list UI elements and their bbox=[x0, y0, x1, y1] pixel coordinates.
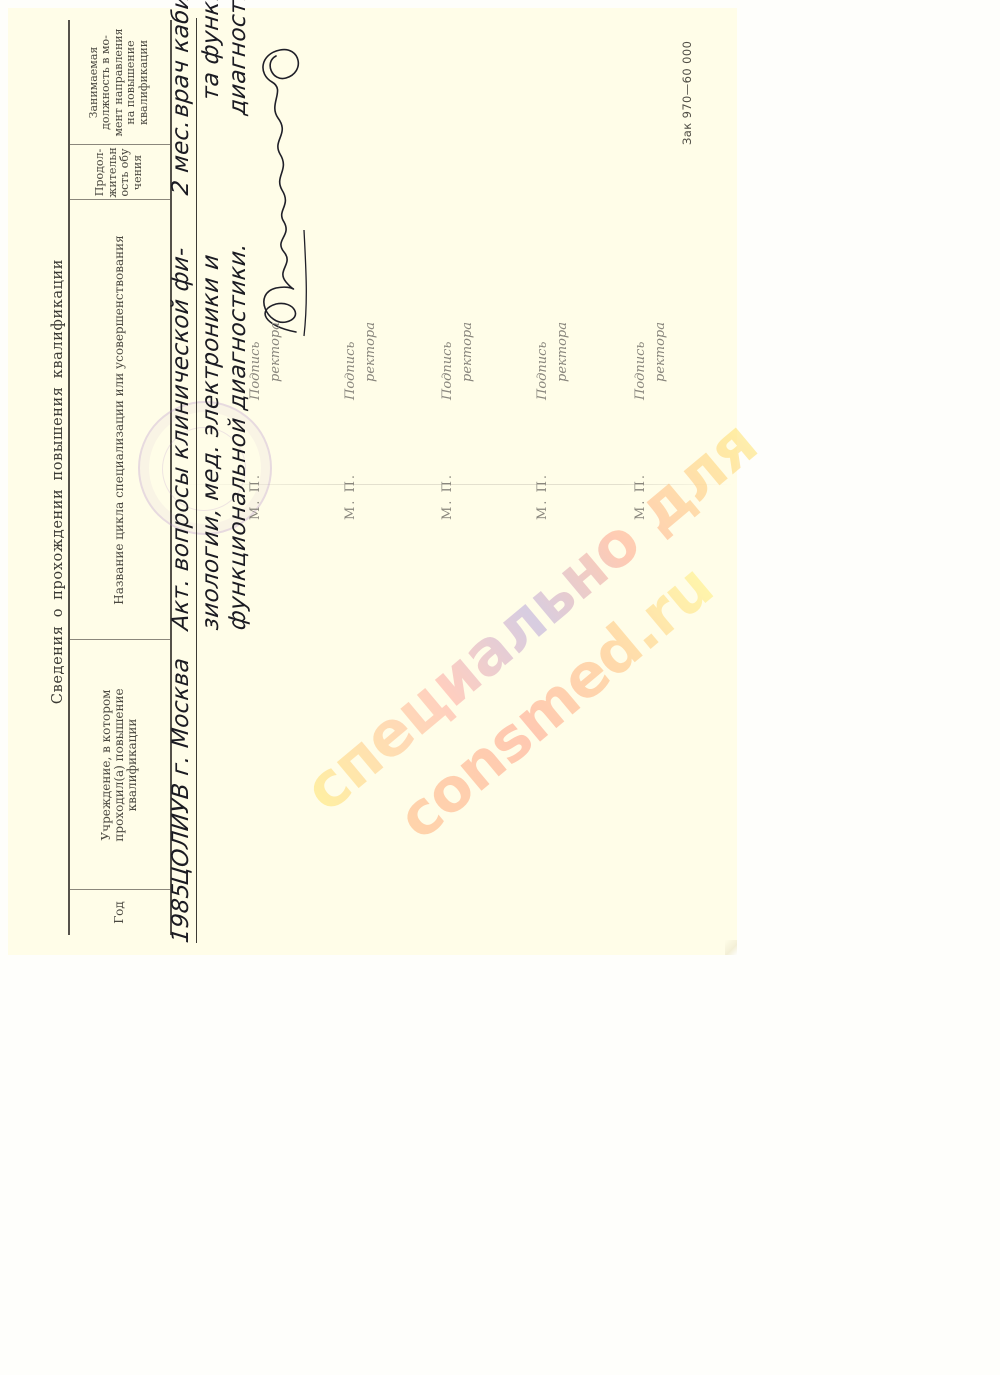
entry-cycle-line-2: зиологии, мед. электроники и bbox=[198, 253, 224, 631]
column-header-position: Занимаемая должность в мо-мент направлен… bbox=[68, 20, 170, 145]
entry-position-line-2: та функц. bbox=[198, 0, 224, 101]
print-order-code: Зак 970—60 000 bbox=[680, 41, 694, 145]
entry-year: 1985 bbox=[168, 882, 194, 944]
column-header-institution: Учреждение, в котором проходил(а) повыше… bbox=[68, 640, 170, 890]
stamp-placeholder-label: М. П. bbox=[535, 473, 550, 520]
rector-signature-label: Подпись ректора bbox=[246, 322, 286, 400]
entry-cycle-line-1: Акт. вопросы клинической фи- bbox=[168, 246, 194, 631]
column-header-year: Год bbox=[68, 890, 170, 935]
rotated-document-page: Сведения о прохождении повышения квалифи… bbox=[8, 8, 737, 955]
entry-baseline-rule bbox=[196, 18, 197, 943]
column-header-duration: Продол-жительность обучения bbox=[68, 145, 170, 200]
entry-position-line-1: врач кабине- bbox=[168, 0, 194, 118]
rector-signature-label: Подпись ректора bbox=[631, 322, 671, 400]
column-header-cycle-name: Название цикла специализации или усоверш… bbox=[68, 200, 170, 640]
rector-signature-label: Подпись ректора bbox=[341, 322, 381, 400]
rector-signature-label: Подпись ректора bbox=[438, 322, 478, 400]
stamp-placeholder-label: М. П. bbox=[248, 473, 263, 520]
stamp-placeholder-label: М. П. bbox=[440, 473, 455, 520]
rector-signature bbox=[246, 40, 316, 340]
rector-signature-label: Подпись ректора bbox=[533, 322, 573, 400]
entry-institution: ЦОЛИУВ г. Москва bbox=[168, 656, 194, 886]
stamp-placeholder-label: М. П. bbox=[343, 473, 358, 520]
entry-duration: 2 мес. bbox=[168, 118, 194, 196]
document-title: Сведения о прохождении повышения квалифи… bbox=[50, 8, 66, 955]
